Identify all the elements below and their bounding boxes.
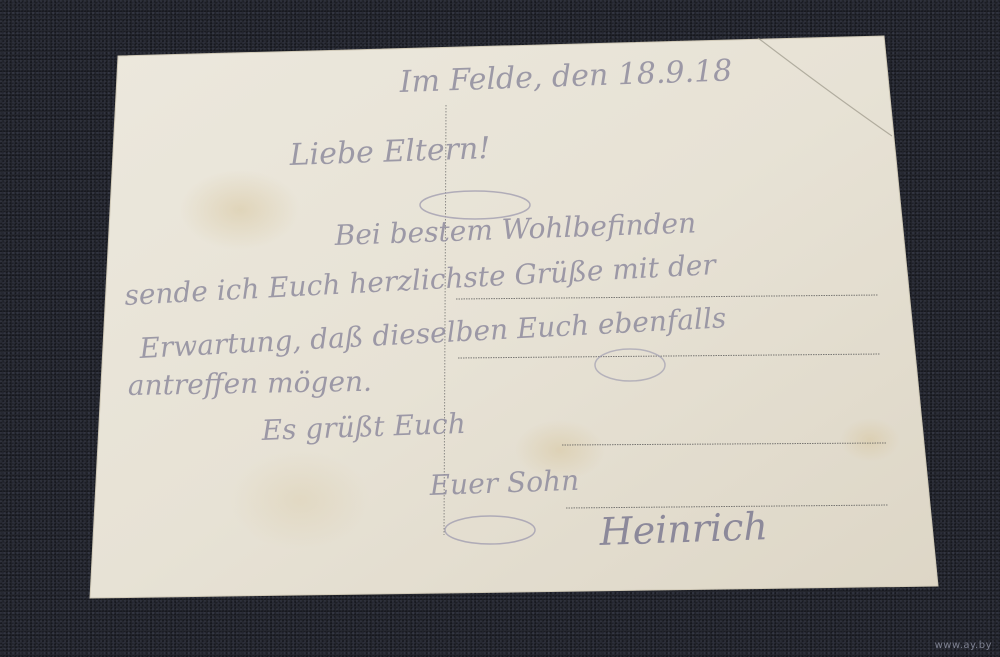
body-line-4: antreffen mögen. [128, 365, 373, 402]
body-line-5: Es grüßt Euch [260, 407, 466, 447]
header-line: Im Felde, den 18.9.18 [398, 53, 733, 100]
watermark: www.ay.by [935, 640, 992, 651]
photo-scene: Im Felde, den 18.9.18 Liebe Eltern! Bei … [0, 0, 1000, 657]
greeting: Liebe Eltern! [288, 131, 491, 173]
signature: Heinrich [598, 504, 769, 554]
body-line-6: Euer Sohn [428, 464, 579, 502]
body-line-1: Bei bestem Wohlbefinden [333, 206, 697, 252]
body-line-3: Erwartung, daß dieselben Euch ebenfalls [138, 301, 727, 365]
handwritten-text: Im Felde, den 18.9.18 Liebe Eltern! Bei … [0, 0, 1000, 657]
body-line-2: sende ich Euch herzlichste Grüße mit der [124, 248, 719, 312]
